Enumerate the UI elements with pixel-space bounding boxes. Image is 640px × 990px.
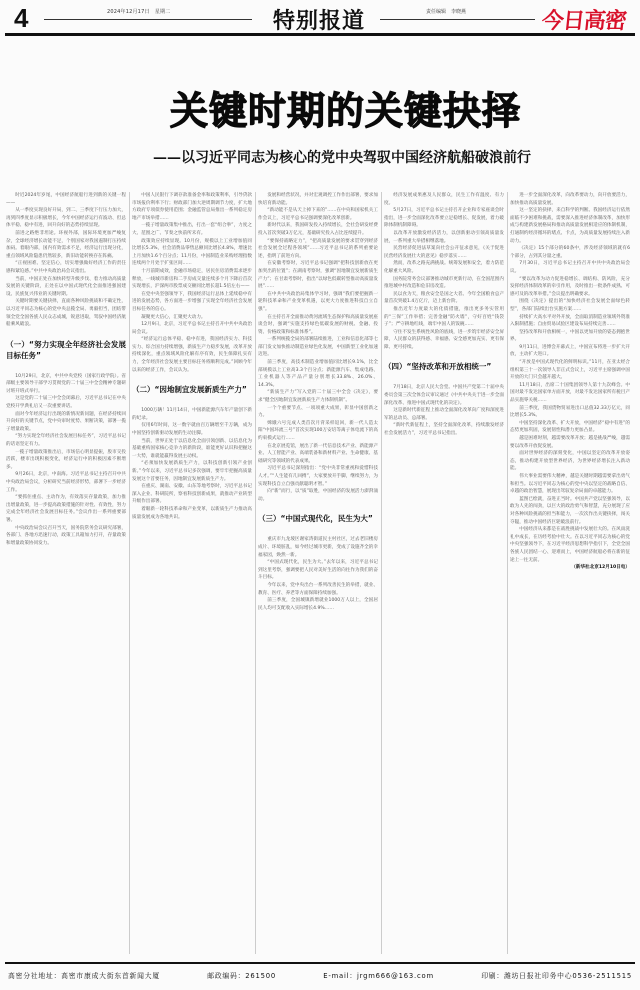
column-divider <box>255 192 256 954</box>
footer: 高密分社地址：高密市康成大街东首新闻大厦 邮政编码：261500 E-mail：… <box>0 967 640 987</box>
article-paragraph: 守住不发生系统性风险的底线，进一步筑牢经济安全屏障，人民群众的获得感、幸福感、安… <box>384 329 504 352</box>
article-paragraph: 前三季度，全国城镇新增就业1000万人以上，全国居民人均可支配收入实际增长4.9… <box>258 597 378 612</box>
article-paragraph: 前三季度，我国货物贸易进出口总值32.33万亿元，同比增长5.3%。 <box>510 405 630 420</box>
article-paragraph: 向“新”而行，以“质”取胜，中国经济的发展活力澎湃涌动。 <box>258 488 378 503</box>
article-paragraph: 这是新时代新征程上推动全面深化改革向广度和深度进军的总动员、总部署。 <box>384 407 504 422</box>
article-paragraph: 着眼新一轮科技革命和产业变革，以新质生产力推动高质量发展成为各地共识。 <box>132 506 252 521</box>
article-paragraph: “要抓住重点、主动作为，有效落实存量政策，加力推出增量政策，进一步提高政策措施的… <box>6 494 126 524</box>
issue-date: 2024年12月17日 星期二 <box>107 8 170 15</box>
article-paragraph: 今年以来，党中央出台一系列改善民生的举措，就业、教育、医疗、养老等方面保障持续加… <box>258 582 378 597</box>
article-paragraph: “新时代新征程上，坚持全面深化改革，持续激发经济社会发展活力”，习近平总书记指出… <box>384 422 504 437</box>
article-paragraph: “努力实现全年经济社会发展目标任务”，习近平总书记的话语坚定有力。 <box>6 433 126 448</box>
article-paragraph: 11月18日，出席二十国集团领导人第十九次峰会。中国对最不发达国家单方面开放，对… <box>510 382 630 405</box>
article-paragraph: 习近平总书记深刻指出：“党中央非常重视和爱惜科技人才。”“人生能有几回搏”，大家… <box>258 465 378 488</box>
article-paragraph: 面对今年经济运行出现的新情况新问题，在经济持续回升向好的关键节点，党中央审时度势… <box>6 411 126 434</box>
article-paragraph: 一揽子增量政策推出后，市场信心明显提振，股市交投活跃，楼市出现积极变化，经济运行… <box>6 449 126 472</box>
article-paragraph: 在重庆、湖南、安徽、山东等地考察时，习近平总书记深入企业、科研院所，察看科技创新… <box>132 483 252 506</box>
article-paragraph: 仅用6年时间，这一数字就由百万辆增至千万辆，成为中国坚持创新驱动发展的生动注脚。 <box>132 422 252 437</box>
masthead-rule-right <box>380 19 535 20</box>
masthead: 4 2024年12月17日 星期二 特别报道 责任编辑 李晓燕 今日高密 <box>0 0 640 36</box>
article-paragraph: 持续扩大高水平对外开放，全面取消制造业领域外资准入限制措施；自由贸易试验区建设布… <box>510 314 630 329</box>
article-paragraph: 凝聚更大信心，汇聚更大动力。 <box>132 314 252 322</box>
newspaper-logo: 今日高密 <box>540 4 627 35</box>
article-paragraph: 一系列统揽全局的部署陆续推进，工业和信息化部等七部门发文加快推动制造业绿色化发展… <box>258 336 378 359</box>
footer-address: 高密分社地址：高密市康成大街东首新闻大厦 <box>8 967 160 987</box>
masthead-rule-left <box>44 19 252 20</box>
article-paragraph: 蓝图已绘就，奋进正当时。中国共产党以坚强领导，以敢为人先的闯劲，以巨大的政治勇气… <box>510 496 630 526</box>
article-paragraph: 一个个重要节点、一项项重大成果，彰显中国创新之力。 <box>258 405 378 420</box>
article-paragraph: 10月29日，北京，中共中央党校（国家行政学院）。省部级主要领导干部学习贯彻党的… <box>6 373 126 396</box>
article-paragraph: 在中共中央政治局集体学习时，强调“我们要把握新一轮科技革命和产业变革机遇，以更大… <box>258 291 378 314</box>
article-paragraph: 面对世界经济的深刻变化，中国以坚定的改革开放姿态，推动构建开放型世界经济，为世界… <box>510 450 630 473</box>
article-paragraph: 12月9日，北京，习近平总书记主持召开中共中央政治局会议。 <box>132 321 252 336</box>
article-paragraph: 从一季度实现良好开局，到二、三季度下行压力加大，再到四季度显示积极增长，今年中国… <box>6 207 126 230</box>
section-heading: （一）“努力实现全年经济社会发展目标任务” <box>6 339 126 361</box>
article-paragraph: 国务院常务会议部署推动城市更新行动，在全国范围内推进城中村改造和危旧房改造。 <box>384 276 504 291</box>
article-body: 时近2024年岁尾，中国经济航船行进到新的关键一程——从一季度实现良好开局，到二… <box>4 192 636 954</box>
article-headline: 关键时期的关键抉择 <box>170 80 521 135</box>
article-paragraph: 中国坚持深化改革、扩大开放，中国经济“稳中有进”的态势更加巩固，发展韧性和潜力更… <box>510 420 630 435</box>
article-paragraph: “正视困难、坚定信心，切实增强做好经济工作的责任感和紧迫感。”中共中央政治局会议… <box>6 260 126 275</box>
article-paragraph: 进一步全面深化改革，向改革要动力，向开放要活力，加快推动高质量发展。 <box>510 192 630 207</box>
article-paragraph: 《决定》15个部分的60条中，涉及经济领域的就有6个部分，占到其分量之重。 <box>510 245 630 260</box>
article-paragraph: “要以改革为动力促进稳增长、调结构、防风险，充分发挥经济体制改革的牵引作用，及时… <box>510 276 630 299</box>
section-heading: （四）“坚持改革和开放相统一” <box>384 361 504 372</box>
article-column-3: 发展和经营状况，并对宏观调控工作作出部署，要求加快培育新动能。“新动能不是从天上… <box>258 192 378 954</box>
article-paragraph: 发展和经营状况，并对宏观调控工作作出部署，要求加快培育新动能。 <box>258 192 378 207</box>
article-paragraph: 政策效应持续显现。10月份，规模以上工业增加值同比增长5.3%，社会消费品零售总… <box>132 238 252 268</box>
article-paragraph: 中国经济从来都是在战胜挑战中发展壮大的。在风雨洗礼中成长，在历经考验中壮大。在以… <box>510 526 630 564</box>
article-paragraph: 7月18日，北京人民大会堂。中国共产党第二十届中央委员会第三次全体会议审议通过《… <box>384 384 504 407</box>
page-number: 4 <box>14 3 28 34</box>
article-paragraph: 中国人民银行下调存款准备金率和政策利率，引导贷款市场报价利率下行；财政部门加大逆… <box>132 192 252 222</box>
article-paragraph: “新质生产力”写入党的二十届三中全会《决定》，要求“健全因地制宜发展新质生产力体… <box>258 389 378 404</box>
article-column-1: 时近2024年岁尾，中国经济航船行进到新的关键一程——从一季度实现良好开局，到二… <box>6 192 126 954</box>
article-paragraph: 当前，世界正处于以信息化全面引领创新、以信息化为基础重构国家核心竞争力的新阶段，… <box>132 438 252 461</box>
article-paragraph: 在党中央坚强领导下，我国经济运行总体上延续稳中有进的发展态势，各方面进一步增强了… <box>132 291 252 314</box>
article-paragraph: 十月前期成效，金融市场稳定，居民住房消费需求逐步释放，一线城市新房和二手房成交量… <box>132 268 252 291</box>
article-paragraph: 重庆市九龙坡区谢家湾街道民主村社区，过去老旧楼房成片、环境脏乱，如今经过城市更新… <box>258 536 378 559</box>
article-paragraph: “必须加快发展新质生产力，以科技创新引领产业创新。”今年以来，习近平总书记多次强… <box>132 460 252 483</box>
article-column-4: 经济发展成果惠及人民群众，民生工作有温度、有力度。5月27日，习近平总书记主持召… <box>384 192 504 954</box>
article-paragraph: 围绕《决定》提出的“加快经济社会发展全面绿色转型”，各部门陆续出台实施方案…… <box>510 298 630 313</box>
article-paragraph: 9月26日，北京，中南海。习近平总书记主持召开中共中央政治局会议，分析研究当前经… <box>6 471 126 494</box>
article-paragraph: 新时代以来，我国研发投入持续增长，全社会研发经费投入首次突破3万亿元，基础研究投… <box>258 222 378 237</box>
article-paragraph: 前进之路绝非坦途。环视外部，国际环境更加严峻复杂，全球经济增长动能不足，个别国家… <box>6 230 126 260</box>
column-divider <box>381 192 382 954</box>
article-paragraph: 9月11日，进博会开幕式上，中国宣布将进一步扩大开放，主动扩大进口。 <box>510 344 630 359</box>
footer-email[interactable]: E-mail：jrgm666@163.com <box>323 967 434 987</box>
article-subheadline: ——以习近平同志为核心的党中央驾驭中国经济航船破浪前行 <box>153 147 531 167</box>
article-paragraph: 中央政治局会议召开当天，国务院常务会议研究部署，各部门、各地方迅速行动，政策工具… <box>6 525 126 548</box>
article-paragraph: 在主持召开全面推动黄河流域生态保护和高质量发展座谈会时，强调“实施支持绿色低碳发… <box>258 314 378 337</box>
column-divider <box>507 192 508 954</box>
article-paragraph: 嫦娥六号完成人类首次月背采样返回，新一代人造太阳“中国环流三号”首次实现100万… <box>258 420 378 443</box>
article-byline: （新华社北京12月10日电） <box>510 564 630 572</box>
article-paragraph: “经济运行总体平稳、稳中有进，我国经济实力、科技实力、综合国力持续增强，新质生产… <box>132 336 252 374</box>
header-divider <box>5 33 635 36</box>
section-heading: （三）“中国式现代化，民生为大” <box>258 513 378 524</box>
article-paragraph: 当前，中国正处在加快转型升级步伐、着力推动高质量发展的关键阶段，正处在以中国式现… <box>6 276 126 299</box>
article-paragraph: “中国式现代化，民生为大。”去年以来，习近平总书记到这里考察，强调要把人民对美好… <box>258 559 378 582</box>
article-paragraph: “开放是中国式现代化的鲜明标识。”11月，在亚太经合组织第三十一次领导人非正式会… <box>510 359 630 382</box>
article-paragraph: 前三季度，高技术制造业增加值同比增长9.1%，比全部规模以上工业高3.3个百分点… <box>258 359 378 389</box>
article-paragraph: 这是党的二十届三中全会闭幕后，习近平总书记在中央党校开学典礼后又一次重要讲话。 <box>6 395 126 410</box>
section-heading: （二）“因地制宜发展新质生产力” <box>132 384 252 395</box>
article-paragraph: 在北京展览馆，展出了新一代信息技术产业、新能源产业、人工智能产业、高端装备和新材… <box>258 443 378 466</box>
article-paragraph: 5月27日，习近平总书记主持召开企业和专家座谈会时指出，进一步全面深化改革要立足… <box>384 207 504 230</box>
footer-divider <box>5 962 635 964</box>
footer-postcode: 邮政编码：261500 <box>207 967 276 987</box>
article-paragraph: “新动能不是从天上掉下来的”……在中央和国家机关工作会议上，习近平总书记强调要深… <box>258 207 378 222</box>
article-column-5: 进一步全面深化改革，向改革要动力，向开放要活力，加快推动高质量发展。这一坚定的抉… <box>510 192 630 954</box>
column-divider <box>129 192 130 954</box>
article-paragraph: 以改革开放激发经济活力，以创新驱动引领高质量发展，一系列重大举措相继落地。 <box>384 230 504 245</box>
article-paragraph: 然而，改革之路充满挑战。统筹发展和安全，着力防范化解重大风险。 <box>384 260 504 275</box>
article-paragraph: 7月30日，习近平总书记主持召开中共中央政治局会议。 <box>510 260 630 275</box>
article-paragraph: 时近2024年岁尾，中国经济航船行进到新的关键一程—— <box>6 192 126 207</box>
footer-printer: 印刷：潍坊日报社印务中心0536-2511515 <box>481 967 632 987</box>
responsible-editor: 责任编辑 李晓燕 <box>426 8 466 15</box>
article-paragraph: 一揽子增量政策集中推出，打出一套“组合拳”，力度之大、范围之广、节奏之快前所未有… <box>132 222 252 237</box>
article-paragraph: 在安徽考察时，习近平总书记强调“把科技创新放在更加突出的位置”；在湖南考察时，强… <box>258 260 378 290</box>
article-paragraph: 经济发展成果惠及人民群众，民生工作有温度、有力度。 <box>384 192 504 207</box>
section-title: 特别报道 <box>273 4 365 35</box>
article-paragraph: 民营经济促进法草案向社会公开征求意见，《关于促进民营经济发展壮大的意见》稳步落实… <box>384 245 504 260</box>
article-paragraph: 坚持改革和开放相统一，中国以更加开放的姿态拥抱世界。 <box>510 329 630 344</box>
article-paragraph: 推出近年力度最大的化债措施，推出更多务实管用的“三保”工作举措；完善金融“防火墙… <box>384 306 504 329</box>
article-paragraph: 民以食为天，粮食安全是国之大者。今年全国粮食总产量首次突破1.4万亿斤，迈上新台… <box>384 291 504 306</box>
article-paragraph: 1000万辆！11月14日，中国新能源汽车年产量创下新的纪录。 <box>132 407 252 422</box>
article-paragraph: 伟大事业需要伟大精神，越是关键时期越需要拿出勇气和担当。以习近平同志为核心的党中… <box>510 473 630 496</box>
article-paragraph: 越是困难时刻，越需要改革开放；越是挑战严峻，越需要以改革开放促发展。 <box>510 435 630 450</box>
article-column-2: 中国人民银行下调存款准备金率和政策利率，引导贷款市场报价利率下行；财政部门加大逆… <box>132 192 252 954</box>
article-paragraph: 这一坚定的抉择，来自科学的判断。我国经济运行依然面临不少困难和挑战，需要深入推进… <box>510 207 630 245</box>
article-paragraph: “要保持战略定力”，“把高质量发展的要求贯穿到经济社会发展全过程各领域”……习近… <box>258 238 378 261</box>
article-paragraph: 关键时期要关键抉择，直面各种风险挑战和不确定性，以习近平同志为核心的党中央总揽全… <box>6 298 126 328</box>
